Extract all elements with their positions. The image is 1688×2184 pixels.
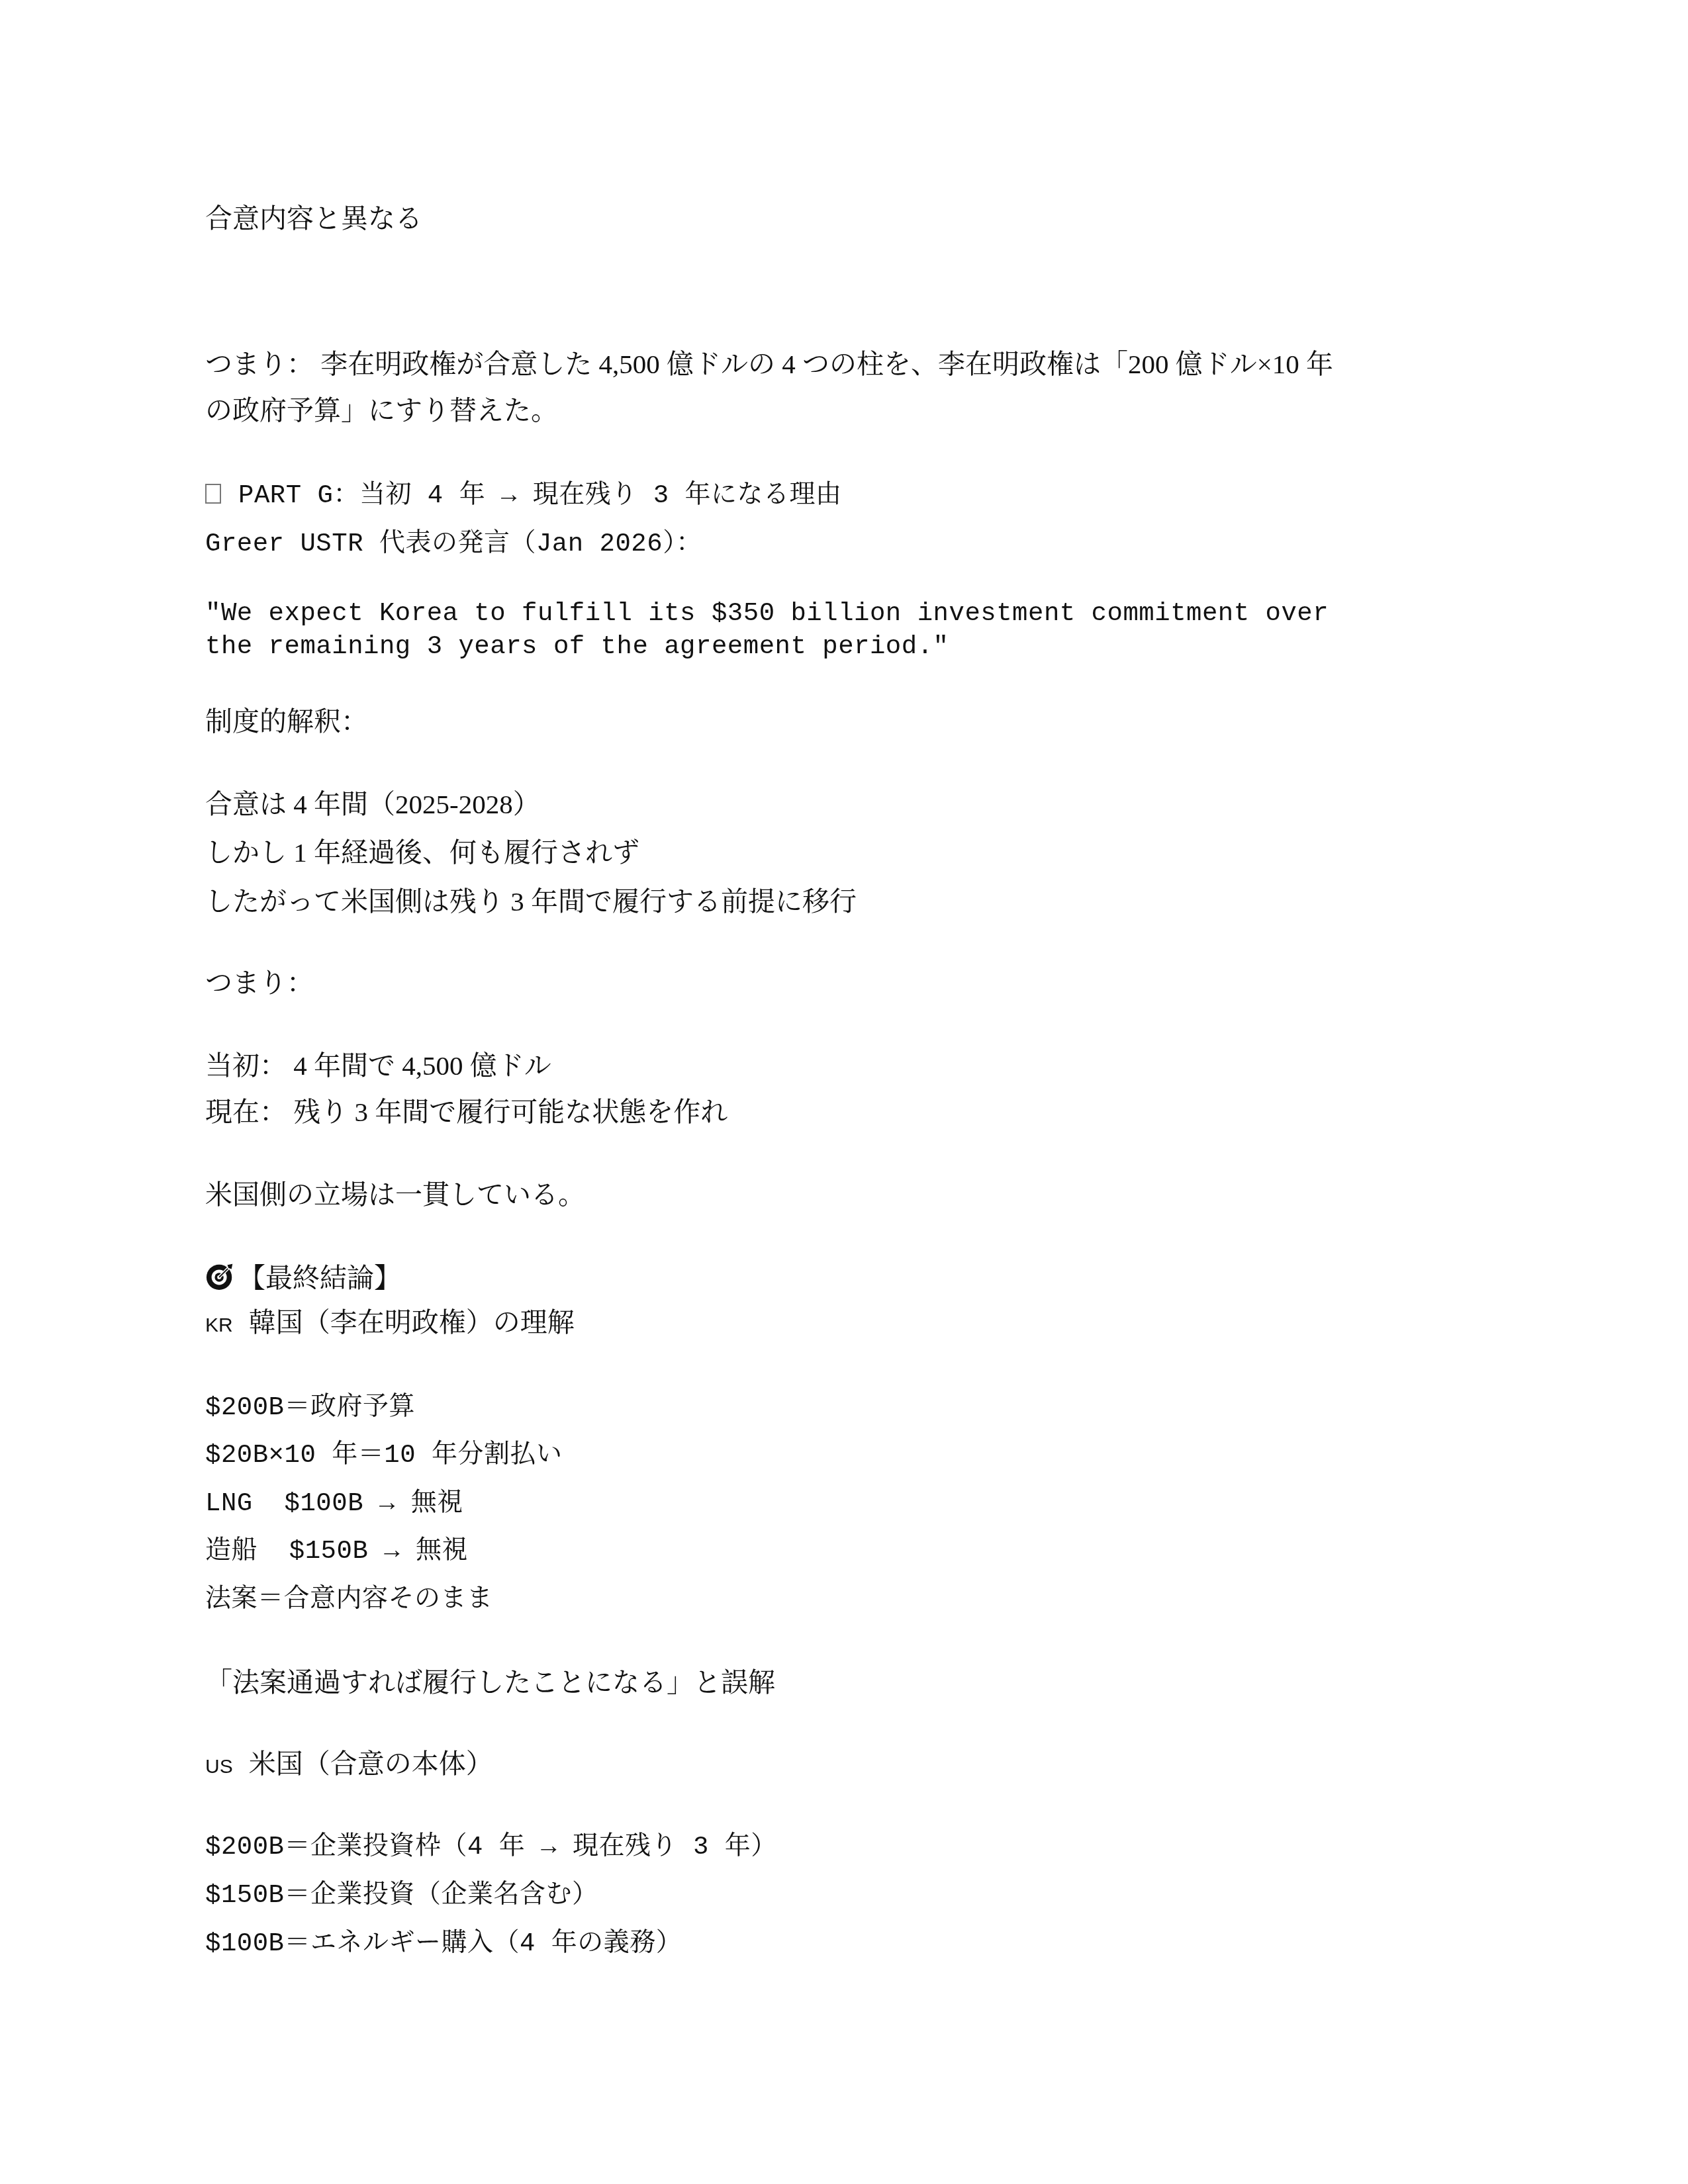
kr-item-2: $20B×10 年＝10 年分割払い [205, 1443, 562, 1469]
us-item-3: $100B＝エネルギー購入（4 年の義務） [205, 1931, 682, 1957]
heading-differs-from-agreement: 合意内容と異なる [205, 205, 422, 232]
kr-flag-icon: KR [205, 1316, 233, 1336]
kr-misunderstanding: 「法案通過すれば履行したことになる」と誤解 [205, 1669, 775, 1696]
final-conclusion-title: 【最終結論】 [238, 1263, 401, 1293]
institutional-item-1: 合意は 4 年間（2025-2028） [205, 791, 540, 818]
kr-heading-text: 韓国（李在明政権）の理解 [249, 1307, 575, 1338]
summary-heading: つまり： [205, 970, 314, 997]
paragraph-summary-line-1: つまり： 李在明政権が合意した 4,500 億ドルの 4 つの柱を、李在明政権は… [205, 351, 1333, 378]
us-flag-icon: US [205, 1757, 233, 1777]
part-g-title: PART G：当初 4 年 → 現在残り 3 年になる理由 [238, 481, 842, 510]
summary-current: 現在： 残り 3 年間で履行可能な状態を作れ [205, 1099, 727, 1126]
us-item-2: $150B＝企業投資（企業名含む） [205, 1883, 598, 1909]
final-conclusion-heading: 【最終結論】 [205, 1261, 401, 1292]
paragraph-summary-line-2: の政府予算」にすり替えた。 [205, 397, 558, 424]
us-position-consistent: 米国側の立場は一貫している。 [205, 1181, 585, 1208]
kr-item-3: LNG $100B → 無視 [205, 1491, 463, 1517]
kr-heading: KR韓国（李在明政権）の理解 [205, 1309, 575, 1336]
institutional-item-2: しかし 1 年経過後、何も履行されず [205, 839, 639, 866]
quote-line-2: the remaining 3 years of the agreement p… [205, 634, 949, 660]
summary-initial: 当初： 4 年間で 4,500 億ドル [205, 1052, 551, 1079]
kr-item-1: $200B＝政府予算 [205, 1395, 415, 1421]
kr-item-4: 造船 $150B → 無視 [205, 1539, 468, 1565]
kr-item-5: 法案＝合意内容そのまま [205, 1587, 493, 1613]
missing-glyph-box-icon [205, 484, 221, 504]
quote-line-1: "We expect Korea to fulfill its $350 bil… [205, 601, 1329, 627]
us-heading: US米国（合意の本体） [205, 1751, 493, 1778]
target-dart-icon [205, 1261, 236, 1291]
label-tsumari: つまり： [205, 349, 314, 379]
text-summary-1: 李在明政権が合意した 4,500 億ドルの 4 つの柱を、李在明政権は「200 … [314, 349, 1333, 379]
us-item-1: $200B＝企業投資枠（4 年 → 現在残り 3 年） [205, 1835, 777, 1860]
institutional-heading: 制度的解釈： [205, 708, 368, 735]
part-g-heading: PART G：当初 4 年 → 現在残り 3 年になる理由 [205, 483, 842, 509]
greer-intro: Greer USTR 代表の発言（Jan 2026）： [205, 531, 702, 557]
us-heading-text: 米国（合意の本体） [249, 1749, 493, 1779]
institutional-item-3: したがって米国側は残り 3 年間で履行する前提に移行 [205, 888, 857, 915]
